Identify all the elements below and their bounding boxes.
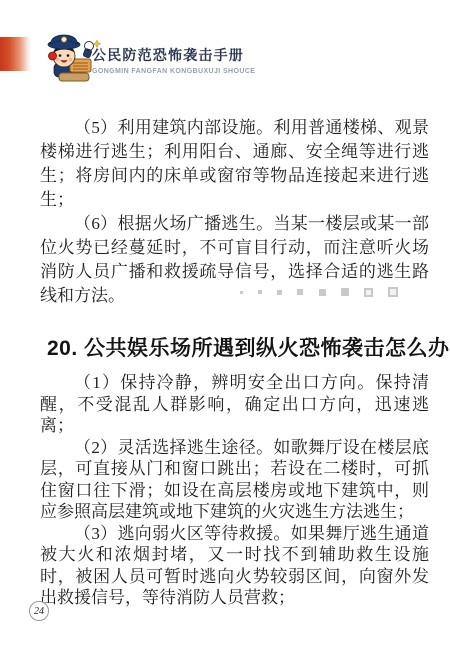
square-decoration [240, 291, 243, 294]
page-number: 24 [34, 606, 44, 617]
page-number-badge: 24 [29, 601, 49, 621]
section-heading: 20. 公共娱乐场所遇到纵火恐怖袭击怎么办？ [47, 332, 437, 362]
square-decoration [319, 289, 326, 296]
square-decoration [277, 290, 282, 295]
square-decoration [364, 288, 373, 297]
square-decoration [388, 287, 398, 297]
square-decoration [258, 290, 262, 294]
square-decoration [341, 288, 349, 296]
paragraph-item3: （3）逃向弱火区等待救援。如果舞厅逃生通道被大火和浓烟封堵，又一时找不到辅助救生… [40, 523, 429, 609]
paragraph-item1: （1）保持冷静，辨明安全出口方向。保持清醒，不受混乱人群影响，确定出口方向，迅速… [40, 372, 429, 437]
book-title: 公民防范恐怖袭击手册 [92, 45, 322, 65]
bottom-paragraphs: （1）保持冷静，辨明安全出口方向。保持清醒，不受混乱人群影响，确定出口方向，迅速… [40, 372, 429, 609]
header-accent-bar [0, 37, 31, 71]
paragraph-item5: （5）利用建筑内部设施。利用普通楼梯、观景楼梯进行逃生；利用阳台、通廊、安全绳等… [40, 116, 429, 212]
handbook-page: 公民防范恐怖袭击手册 GONGMIN FANGFAN KONGBUXUJI SH… [0, 0, 450, 658]
top-paragraphs: （5）利用建筑内部设施。利用普通楼梯、观景楼梯进行逃生；利用阳台、通廊、安全绳等… [40, 116, 429, 308]
book-title-pinyin: GONGMIN FANGFAN KONGBUXUJI SHOUCE [92, 68, 322, 75]
header-titles: 公民防范恐怖袭击手册 GONGMIN FANGFAN KONGBUXUJI SH… [92, 45, 322, 75]
square-decoration [297, 289, 303, 295]
decorative-squares [240, 286, 398, 298]
paragraph-item2: （2）灵活选择逃生途径。如歌舞厅设在楼层底层，可直接从门和窗口跳出；若设在二楼时… [40, 437, 429, 523]
